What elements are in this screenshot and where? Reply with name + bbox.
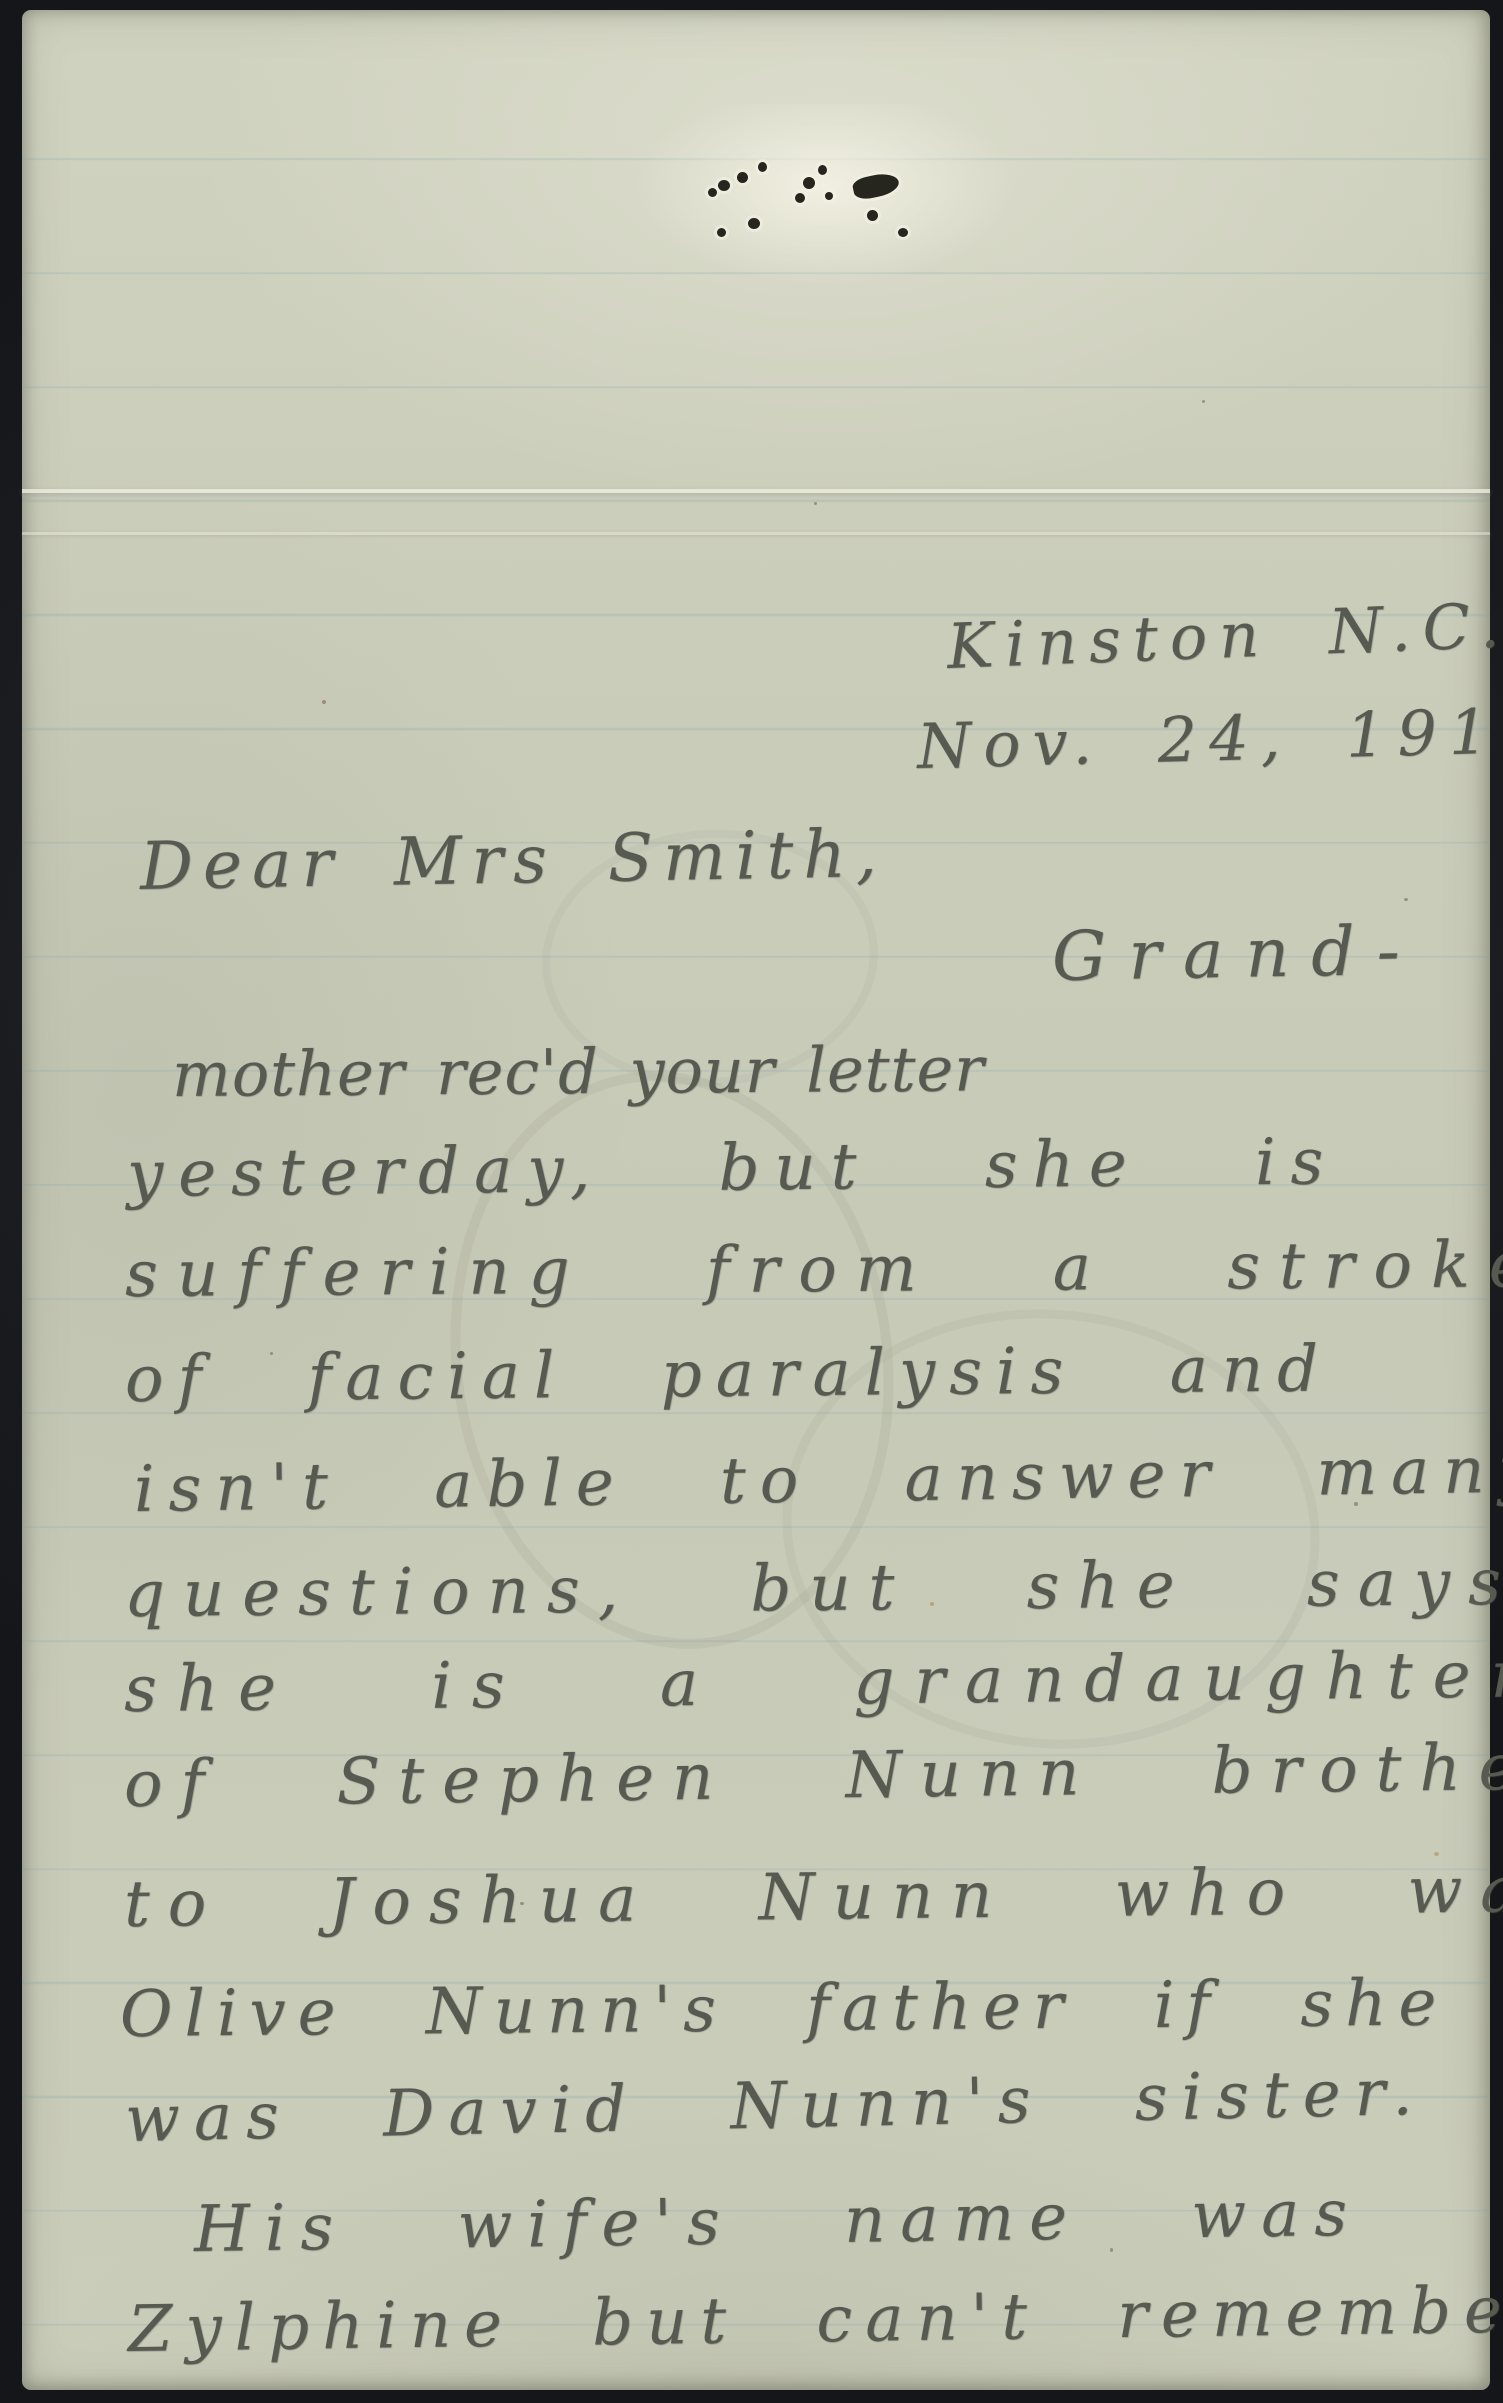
ink-spot xyxy=(818,165,827,175)
handwriting-line: of facial paralysis and xyxy=(125,1332,1333,1417)
ink-spot xyxy=(758,162,767,172)
ink-spot xyxy=(717,228,726,237)
handwriting-line: to Joshua Nunn who was xyxy=(124,1853,1503,1942)
ink-spot xyxy=(748,218,760,229)
ink-spot xyxy=(825,192,833,200)
scan-background: Kinston N.C. Nov. 24, 1916 Dear Mrs Smit… xyxy=(0,0,1503,2403)
fold-crease xyxy=(22,532,1490,535)
handwriting-line: she is a grandaughter xyxy=(124,1638,1503,1727)
handwriting-line: questions, but she says xyxy=(124,1546,1503,1632)
ink-spot xyxy=(867,210,878,221)
handwriting-line: suffering from a stroke xyxy=(125,1228,1503,1312)
handwriting-line: Grand- xyxy=(1051,912,1422,997)
ink-spot xyxy=(795,193,805,203)
ink-spot xyxy=(708,188,717,197)
ink-stain-cluster xyxy=(660,130,990,260)
letter-paper: Kinston N.C. Nov. 24, 1916 Dear Mrs Smit… xyxy=(22,10,1490,2390)
fold-crease xyxy=(22,489,1490,493)
heading-date: Nov. 24, 1916 xyxy=(916,693,1503,783)
handwriting-line: yesterday, but she is xyxy=(127,1125,1339,1212)
ink-spot xyxy=(803,177,815,189)
handwriting-line: mother rec'd your letter xyxy=(172,1032,985,1111)
salutation: Dear Mrs Smith, xyxy=(139,815,887,905)
ink-spot xyxy=(718,180,730,191)
ink-spot xyxy=(898,228,908,237)
ink-spot xyxy=(737,172,748,183)
handwriting-line: Olive Nunn's father if she xyxy=(120,1966,1449,2052)
ink-blot xyxy=(851,170,901,201)
